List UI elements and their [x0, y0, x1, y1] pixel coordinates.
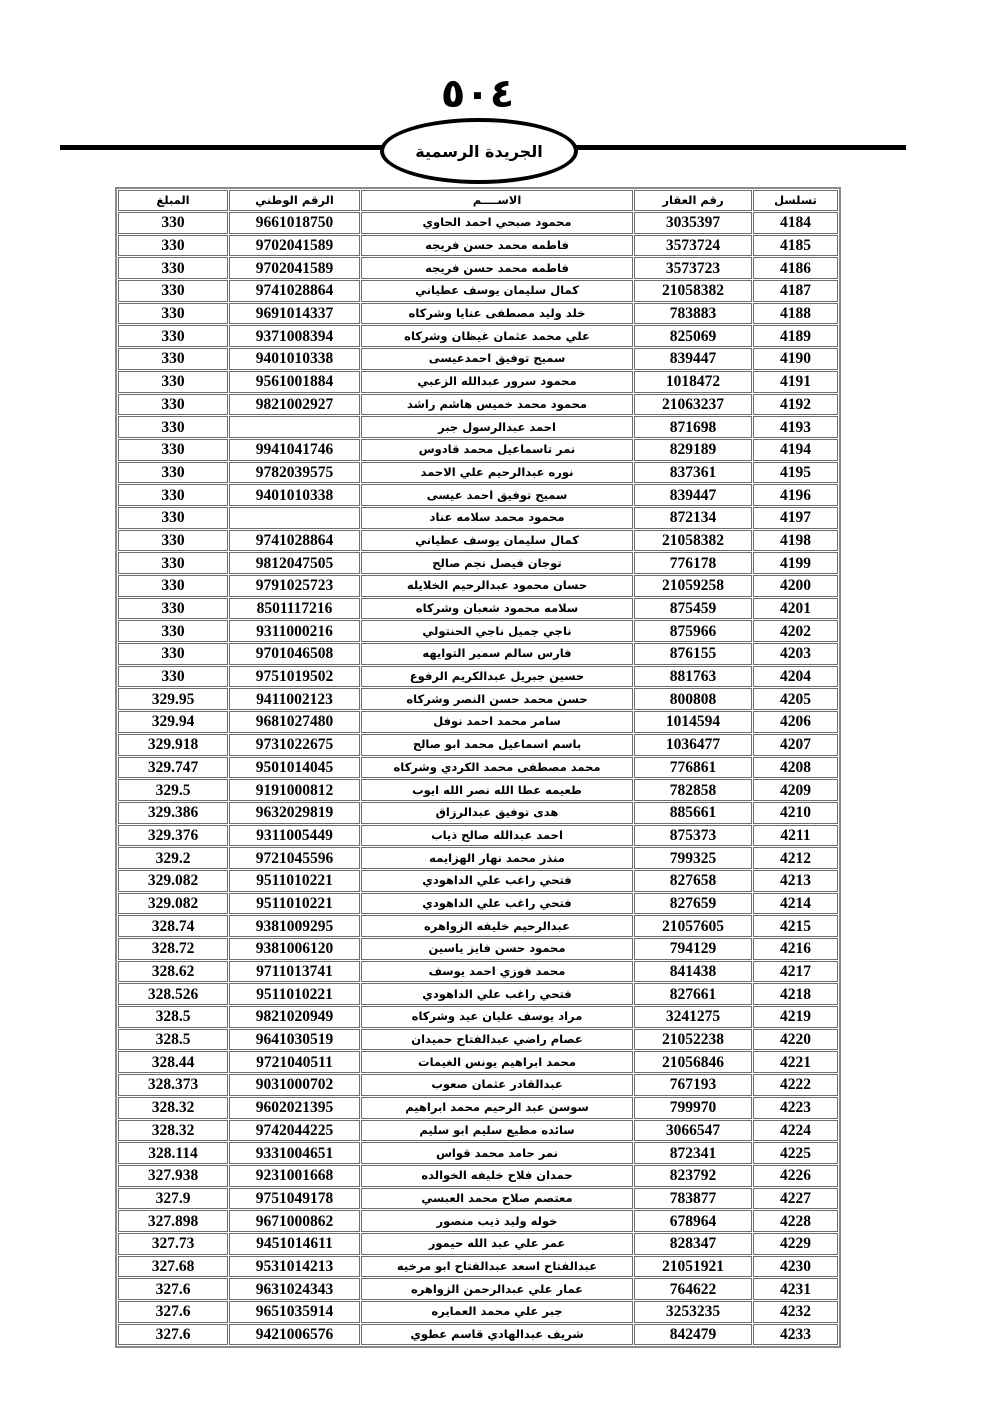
serial-cell: 4224 — [753, 1120, 838, 1142]
property-number-cell: 3241275 — [634, 1006, 752, 1028]
property-number-cell: 872134 — [634, 507, 752, 529]
amount-cell: 330 — [118, 575, 228, 597]
national-id-cell: 9661018750 — [229, 212, 360, 234]
serial-cell: 4196 — [753, 484, 838, 506]
amount-cell: 327.9 — [118, 1188, 228, 1210]
national-id-cell: 9632029819 — [229, 802, 360, 824]
amount-cell: 329.082 — [118, 893, 228, 915]
table-row: 4190839447سميح توفيق احمدعيسى94010103383… — [118, 348, 838, 370]
property-number-cell: 881763 — [634, 666, 752, 688]
serial-cell: 4188 — [753, 303, 838, 325]
table-row: 418721058382كمال سليمان يوسف عطياني97410… — [118, 280, 838, 302]
amount-cell: 330 — [118, 303, 228, 325]
property-number-cell: 839447 — [634, 348, 752, 370]
property-number-cell: 3066547 — [634, 1120, 752, 1142]
property-number-cell: 21063237 — [634, 394, 752, 416]
serial-cell: 4206 — [753, 711, 838, 733]
serial-cell: 4233 — [753, 1324, 838, 1346]
table-row: 4226823792حمدان فلاح خليفه الخوالده92310… — [118, 1165, 838, 1187]
column-header-property-number: رقم العقار — [634, 190, 752, 211]
name-cell: مراد يوسف عليان عيد وشركاه — [361, 1006, 633, 1028]
amount-cell: 330 — [118, 484, 228, 506]
national-id-cell: 9721045596 — [229, 847, 360, 869]
amount-cell: 330 — [118, 439, 228, 461]
national-id-cell: 9381006120 — [229, 938, 360, 960]
table-header-row: تسلسل رقم العقار الاســــم الرقم الوطني … — [118, 190, 838, 211]
name-cell: عبدالفتاح اسعد عبدالفتاح ابو مرخيه — [361, 1256, 633, 1278]
serial-cell: 4212 — [753, 847, 838, 869]
amount-cell: 328.373 — [118, 1074, 228, 1096]
national-id-cell: 9031000702 — [229, 1074, 360, 1096]
serial-cell: 4207 — [753, 734, 838, 756]
name-cell: حسن محمد حسن النصر وشركاه — [361, 688, 633, 710]
name-cell: محمد مصطفى محمد الكردي وشركاه — [361, 757, 633, 779]
table-row: 4210885661هدى توفيق عبدالرزاق96320298193… — [118, 802, 838, 824]
table-row: 4194829189نمر تاسماعيل محمد قادوس9941041… — [118, 439, 838, 461]
publication-title-ellipse: الجريدة الرسمية — [380, 118, 578, 184]
amount-cell: 328.114 — [118, 1142, 228, 1164]
national-id-cell: 9671000862 — [229, 1210, 360, 1232]
name-cell: خلد وليد مصطفى عنايا وشركاه — [361, 303, 633, 325]
national-id-cell: 9401010338 — [229, 484, 360, 506]
property-number-cell: 767193 — [634, 1074, 752, 1096]
table-row: 4205800808حسن محمد حسن النصر وشركاه94110… — [118, 688, 838, 710]
name-cell: حسان محمود عبدالرحيم الخلايله — [361, 575, 633, 597]
amount-cell: 328.5 — [118, 1006, 228, 1028]
property-number-cell: 21059258 — [634, 575, 752, 597]
column-header-serial: تسلسل — [753, 190, 838, 211]
name-cell: سوسن عبد الرحيم محمد ابراهيم — [361, 1097, 633, 1119]
table-row: 421521057605عبدالرحيم خليفه الزواهره9381… — [118, 915, 838, 937]
serial-cell: 4226 — [753, 1165, 838, 1187]
national-id-cell: 9421006576 — [229, 1324, 360, 1346]
amount-cell: 330 — [118, 666, 228, 688]
serial-cell: 4200 — [753, 575, 838, 597]
page-number: ٥٠٤ — [0, 72, 955, 116]
table-row: 4193871698احمد عبدالرسول جبر330 — [118, 416, 838, 438]
amount-cell: 330 — [118, 620, 228, 642]
property-number-cell: 776178 — [634, 552, 752, 574]
national-id-cell: 9751019502 — [229, 666, 360, 688]
name-cell: طعيمه عطا الله نصر الله ايوب — [361, 779, 633, 801]
property-number-cell: 794129 — [634, 938, 752, 960]
table-row: 4231764622عمار علي عبدالرحمن الزواهره963… — [118, 1278, 838, 1300]
table-row: 419221063237محمود محمد خميس هاشم راشد982… — [118, 394, 838, 416]
serial-cell: 4231 — [753, 1278, 838, 1300]
property-number-cell: 827658 — [634, 870, 752, 892]
serial-cell: 4220 — [753, 1029, 838, 1051]
amount-cell: 327.938 — [118, 1165, 228, 1187]
property-number-cell: 875459 — [634, 598, 752, 620]
table-row: 4216794129محمود حسن فايز ياسين9381006120… — [118, 938, 838, 960]
serial-cell: 4214 — [753, 893, 838, 915]
national-id-cell: 9681027480 — [229, 711, 360, 733]
name-cell: محمود محمد سلامه عناد — [361, 507, 633, 529]
records-table: تسلسل رقم العقار الاســــم الرقم الوطني … — [115, 187, 841, 1348]
table-row: 4202875966ناجي جميل ناجي الحنتولي9311000… — [118, 620, 838, 642]
national-id-cell: 9511010221 — [229, 983, 360, 1005]
serial-cell: 4205 — [753, 688, 838, 710]
national-id-cell: 9702041589 — [229, 235, 360, 257]
property-number-cell: 829189 — [634, 439, 752, 461]
table-row: 4225872341نمر حامد محمد قواس933100465132… — [118, 1142, 838, 1164]
national-id-cell: 9741028864 — [229, 280, 360, 302]
property-number-cell: 1036477 — [634, 734, 752, 756]
serial-cell: 4191 — [753, 371, 838, 393]
national-id-cell: 9941041746 — [229, 439, 360, 461]
national-id-cell: 9751049178 — [229, 1188, 360, 1210]
name-cell: سميح توفيق احمد عيسى — [361, 484, 633, 506]
amount-cell: 328.62 — [118, 961, 228, 983]
name-cell: سائده مطيع سليم ابو سليم — [361, 1120, 633, 1142]
property-number-cell: 799325 — [634, 847, 752, 869]
records-table-container: تسلسل رقم العقار الاســــم الرقم الوطني … — [115, 187, 839, 1348]
national-id-cell: 9501014045 — [229, 757, 360, 779]
amount-cell: 330 — [118, 325, 228, 347]
amount-cell: 330 — [118, 507, 228, 529]
name-cell: فاطمه محمد حسن فريجه — [361, 257, 633, 279]
name-cell: علي محمد عثمان غيظان وشركاه — [361, 325, 633, 347]
serial-cell: 4227 — [753, 1188, 838, 1210]
national-id-cell: 9311000216 — [229, 620, 360, 642]
property-number-cell: 678964 — [634, 1210, 752, 1232]
name-cell: جبر علي محمد العمايره — [361, 1301, 633, 1323]
column-header-amount: المبلغ — [118, 190, 228, 211]
property-number-cell: 783883 — [634, 303, 752, 325]
table-row: 4188783883خلد وليد مصطفى عنايا وشركاه969… — [118, 303, 838, 325]
property-number-cell: 21057605 — [634, 915, 752, 937]
name-cell: سميح توفيق احمدعيسى — [361, 348, 633, 370]
serial-cell: 4229 — [753, 1233, 838, 1255]
national-id-cell: 9711013741 — [229, 961, 360, 983]
amount-cell: 330 — [118, 348, 228, 370]
table-row: 41853573724فاطمه محمد حسن فريجه970204158… — [118, 235, 838, 257]
name-cell: معتصم صلاح محمد العبسي — [361, 1188, 633, 1210]
amount-cell: 328.72 — [118, 938, 228, 960]
table-row: 422121056846محمد ابراهيم يونس الغيمات972… — [118, 1051, 838, 1073]
amount-cell: 330 — [118, 280, 228, 302]
amount-cell: 328.74 — [118, 915, 228, 937]
name-cell: فارس سالم سمير التوايهه — [361, 643, 633, 665]
national-id-cell: 9691014337 — [229, 303, 360, 325]
national-id-cell: 9371008394 — [229, 325, 360, 347]
amount-cell: 327.6 — [118, 1301, 228, 1323]
national-id-cell: 9821020949 — [229, 1006, 360, 1028]
amount-cell: 330 — [118, 643, 228, 665]
name-cell: فاطمه محمد حسن فريجه — [361, 235, 633, 257]
national-id-cell: 9561001884 — [229, 371, 360, 393]
national-id-cell: 9451014611 — [229, 1233, 360, 1255]
table-row: 4212799325منذر محمد نهار الهزايمه9721045… — [118, 847, 838, 869]
property-number-cell: 823792 — [634, 1165, 752, 1187]
amount-cell: 327.73 — [118, 1233, 228, 1255]
table-row: 41843035397محمود صبحي احمد الحاوي9661018… — [118, 212, 838, 234]
property-number-cell: 21058382 — [634, 280, 752, 302]
amount-cell: 329.5 — [118, 779, 228, 801]
amount-cell: 329.082 — [118, 870, 228, 892]
column-header-national-id: الرقم الوطني — [229, 190, 360, 211]
name-cell: عبدالقادر عثمان صعوب — [361, 1074, 633, 1096]
property-number-cell: 842479 — [634, 1324, 752, 1346]
national-id-cell: 9401010338 — [229, 348, 360, 370]
amount-cell: 329.918 — [118, 734, 228, 756]
national-id-cell: 9531014213 — [229, 1256, 360, 1278]
national-id-cell: 9631024343 — [229, 1278, 360, 1300]
amount-cell: 328.32 — [118, 1097, 228, 1119]
national-id-cell — [229, 416, 360, 438]
name-cell: سامر محمد احمد نوفل — [361, 711, 633, 733]
table-row: 419821058382كمال سليمان يوسف عطياني97410… — [118, 530, 838, 552]
name-cell: نمر حامد محمد قواس — [361, 1142, 633, 1164]
serial-cell: 4223 — [753, 1097, 838, 1119]
name-cell: عصام راضي عبدالفتاح حميدان — [361, 1029, 633, 1051]
name-cell: عبدالرحيم خليفه الزواهره — [361, 915, 633, 937]
amount-cell: 328.526 — [118, 983, 228, 1005]
property-number-cell: 875966 — [634, 620, 752, 642]
amount-cell: 327.6 — [118, 1324, 228, 1346]
serial-cell: 4194 — [753, 439, 838, 461]
name-cell: محمود حسن فايز ياسين — [361, 938, 633, 960]
national-id-cell: 9651035914 — [229, 1301, 360, 1323]
name-cell: كمال سليمان يوسف عطياني — [361, 280, 633, 302]
serial-cell: 4197 — [753, 507, 838, 529]
national-id-cell — [229, 507, 360, 529]
amount-cell: 329.376 — [118, 825, 228, 847]
serial-cell: 4210 — [753, 802, 838, 824]
amount-cell: 330 — [118, 598, 228, 620]
table-row: 4218827661فتحي راغب علي الداهودي95110102… — [118, 983, 838, 1005]
amount-cell: 330 — [118, 530, 228, 552]
serial-cell: 4190 — [753, 348, 838, 370]
table-row: 42243066547سائده مطيع سليم ابو سليم97420… — [118, 1120, 838, 1142]
name-cell: فتحي راغب علي الداهودي — [361, 893, 633, 915]
property-number-cell: 776861 — [634, 757, 752, 779]
serial-cell: 4186 — [753, 257, 838, 279]
serial-cell: 4221 — [753, 1051, 838, 1073]
serial-cell: 4218 — [753, 983, 838, 1005]
national-id-cell: 9411002123 — [229, 688, 360, 710]
property-number-cell: 876155 — [634, 643, 752, 665]
serial-cell: 4215 — [753, 915, 838, 937]
table-row: 423021051921عبدالفتاح اسعد عبدالفتاح ابو… — [118, 1256, 838, 1278]
serial-cell: 4208 — [753, 757, 838, 779]
name-cell: منذر محمد نهار الهزايمه — [361, 847, 633, 869]
table-row: 42071036477باسم اسماعيل محمد ابو صالح973… — [118, 734, 838, 756]
national-id-cell: 9331004651 — [229, 1142, 360, 1164]
national-id-cell: 9701046508 — [229, 643, 360, 665]
table-row: 4209782858طعيمه عطا الله نصر الله ايوب91… — [118, 779, 838, 801]
property-number-cell: 800808 — [634, 688, 752, 710]
national-id-cell: 9702041589 — [229, 257, 360, 279]
table-row: 42193241275مراد يوسف عليان عيد وشركاه982… — [118, 1006, 838, 1028]
table-row: 4203876155فارس سالم سمير التوايهه9701046… — [118, 643, 838, 665]
serial-cell: 4228 — [753, 1210, 838, 1232]
property-number-cell: 21056846 — [634, 1051, 752, 1073]
amount-cell: 327.898 — [118, 1210, 228, 1232]
name-cell: فتحي راغب علي الداهودي — [361, 870, 633, 892]
amount-cell: 329.386 — [118, 802, 228, 824]
property-number-cell: 839447 — [634, 484, 752, 506]
property-number-cell: 783877 — [634, 1188, 752, 1210]
table-row: 422021052238عصام راضي عبدالفتاح حميدان96… — [118, 1029, 838, 1051]
name-cell: سلامه محمود شعبان وشركاه — [361, 598, 633, 620]
table-row: 4197872134محمود محمد سلامه عناد330 — [118, 507, 838, 529]
national-id-cell: 9511010221 — [229, 870, 360, 892]
table-row: 41863573723فاطمه محمد حسن فريجه970204158… — [118, 257, 838, 279]
property-number-cell: 885661 — [634, 802, 752, 824]
table-row: 4227783877معتصم صلاح محمد العبسي97510491… — [118, 1188, 838, 1210]
name-cell: محمود سرور عبدالله الزعبي — [361, 371, 633, 393]
name-cell: ناجي جميل ناجي الحنتولي — [361, 620, 633, 642]
serial-cell: 4230 — [753, 1256, 838, 1278]
property-number-cell: 799970 — [634, 1097, 752, 1119]
name-cell: كمال سليمان يوسف عطياني — [361, 530, 633, 552]
name-cell: حمدان فلاح خليفه الخوالده — [361, 1165, 633, 1187]
serial-cell: 4189 — [753, 325, 838, 347]
property-number-cell: 825069 — [634, 325, 752, 347]
property-number-cell: 3573723 — [634, 257, 752, 279]
amount-cell: 328.5 — [118, 1029, 228, 1051]
table-row: 4196839447سميح توفيق احمد عيسى9401010338… — [118, 484, 838, 506]
national-id-cell: 9741028864 — [229, 530, 360, 552]
serial-cell: 4225 — [753, 1142, 838, 1164]
table-row: 4223799970سوسن عبد الرحيم محمد ابراهيم96… — [118, 1097, 838, 1119]
property-number-cell: 837361 — [634, 462, 752, 484]
property-number-cell: 871698 — [634, 416, 752, 438]
table-row: 4199776178توجان فيصل نجم صالح98120475053… — [118, 552, 838, 574]
property-number-cell: 21058382 — [634, 530, 752, 552]
serial-cell: 4232 — [753, 1301, 838, 1323]
table-row: 4217841438محمد فوزي احمد يوسف97110137413… — [118, 961, 838, 983]
table-row: 42323253235جبر علي محمد العمايره96510359… — [118, 1301, 838, 1323]
name-cell: فتحي راغب علي الداهودي — [361, 983, 633, 1005]
property-number-cell: 828347 — [634, 1233, 752, 1255]
national-id-cell: 9641030519 — [229, 1029, 360, 1051]
serial-cell: 4216 — [753, 938, 838, 960]
serial-cell: 4185 — [753, 235, 838, 257]
national-id-cell: 9791025723 — [229, 575, 360, 597]
table-row: 4228678964خوله وليد ذيب منصور96710008623… — [118, 1210, 838, 1232]
serial-cell: 4187 — [753, 280, 838, 302]
serial-cell: 4211 — [753, 825, 838, 847]
name-cell: احمد عبدالرسول جبر — [361, 416, 633, 438]
national-id-cell: 9812047505 — [229, 552, 360, 574]
serial-cell: 4195 — [753, 462, 838, 484]
national-id-cell: 9821002927 — [229, 394, 360, 416]
name-cell: نمر تاسماعيل محمد قادوس — [361, 439, 633, 461]
amount-cell: 330 — [118, 235, 228, 257]
name-cell: حسين جبريل عبدالكريم الرفوع — [361, 666, 633, 688]
table-row: 420021059258حسان محمود عبدالرحيم الخلايل… — [118, 575, 838, 597]
national-id-cell: 9311005449 — [229, 825, 360, 847]
serial-cell: 4193 — [753, 416, 838, 438]
national-id-cell: 9381009295 — [229, 915, 360, 937]
national-id-cell: 8501117216 — [229, 598, 360, 620]
amount-cell: 328.32 — [118, 1120, 228, 1142]
property-number-cell: 21052238 — [634, 1029, 752, 1051]
publication-title: الجريدة الرسمية — [415, 142, 542, 161]
property-number-cell: 827659 — [634, 893, 752, 915]
national-id-cell: 9731022675 — [229, 734, 360, 756]
national-id-cell: 9602021395 — [229, 1097, 360, 1119]
serial-cell: 4219 — [753, 1006, 838, 1028]
serial-cell: 4202 — [753, 620, 838, 642]
name-cell: باسم اسماعيل محمد ابو صالح — [361, 734, 633, 756]
table-row: 4195837361نوره عبدالرحيم علي الاحمد97820… — [118, 462, 838, 484]
national-id-cell: 9231001668 — [229, 1165, 360, 1187]
table-row: 4189825069علي محمد عثمان غيظان وشركاه937… — [118, 325, 838, 347]
name-cell: محمود محمد خميس هاشم راشد — [361, 394, 633, 416]
property-number-cell: 21051921 — [634, 1256, 752, 1278]
serial-cell: 4192 — [753, 394, 838, 416]
amount-cell: 330 — [118, 416, 228, 438]
name-cell: محمود صبحي احمد الحاوي — [361, 212, 633, 234]
table-row: 4229828347عمر علي عبد الله حيمور94510146… — [118, 1233, 838, 1255]
name-cell: عمار علي عبدالرحمن الزواهره — [361, 1278, 633, 1300]
table-row: 4214827659فتحي راغب علي الداهودي95110102… — [118, 893, 838, 915]
national-id-cell: 9511010221 — [229, 893, 360, 915]
name-cell: شريف عبدالهادي قاسم عطوي — [361, 1324, 633, 1346]
name-cell: عمر علي عبد الله حيمور — [361, 1233, 633, 1255]
amount-cell: 330 — [118, 257, 228, 279]
table-row: 4211875373احمد عبدالله صالح ذياب93110054… — [118, 825, 838, 847]
name-cell: توجان فيصل نجم صالح — [361, 552, 633, 574]
table-body: 41843035397محمود صبحي احمد الحاوي9661018… — [118, 212, 838, 1345]
name-cell: هدى توفيق عبدالرزاق — [361, 802, 633, 824]
amount-cell: 327.68 — [118, 1256, 228, 1278]
property-number-cell: 875373 — [634, 825, 752, 847]
serial-cell: 4209 — [753, 779, 838, 801]
table-row: 4233842479شريف عبدالهادي قاسم عطوي942100… — [118, 1324, 838, 1346]
serial-cell: 4203 — [753, 643, 838, 665]
table-row: 41911018472محمود سرور عبدالله الزعبي9561… — [118, 371, 838, 393]
property-number-cell: 3573724 — [634, 235, 752, 257]
name-cell: خوله وليد ذيب منصور — [361, 1210, 633, 1232]
property-number-cell: 3035397 — [634, 212, 752, 234]
property-number-cell: 827661 — [634, 983, 752, 1005]
table-row: 4208776861محمد مصطفى محمد الكردي وشركاه9… — [118, 757, 838, 779]
serial-cell: 4198 — [753, 530, 838, 552]
table-row: 4204881763حسين جبريل عبدالكريم الرفوع975… — [118, 666, 838, 688]
serial-cell: 4201 — [753, 598, 838, 620]
property-number-cell: 764622 — [634, 1278, 752, 1300]
amount-cell: 330 — [118, 394, 228, 416]
amount-cell: 330 — [118, 552, 228, 574]
amount-cell: 330 — [118, 462, 228, 484]
property-number-cell: 872341 — [634, 1142, 752, 1164]
table-row: 4222767193عبدالقادر عثمان صعوب9031000702… — [118, 1074, 838, 1096]
amount-cell: 330 — [118, 371, 228, 393]
serial-cell: 4184 — [753, 212, 838, 234]
column-header-name: الاســــم — [361, 190, 633, 211]
national-id-cell: 9191000812 — [229, 779, 360, 801]
serial-cell: 4213 — [753, 870, 838, 892]
name-cell: محمد فوزي احمد يوسف — [361, 961, 633, 983]
amount-cell: 327.6 — [118, 1278, 228, 1300]
property-number-cell: 3253235 — [634, 1301, 752, 1323]
national-id-cell: 9782039575 — [229, 462, 360, 484]
serial-cell: 4199 — [753, 552, 838, 574]
table-row: 42061014594سامر محمد احمد نوفل9681027480… — [118, 711, 838, 733]
serial-cell: 4222 — [753, 1074, 838, 1096]
property-number-cell: 841438 — [634, 961, 752, 983]
property-number-cell: 782858 — [634, 779, 752, 801]
amount-cell: 329.95 — [118, 688, 228, 710]
amount-cell: 329.94 — [118, 711, 228, 733]
table-row: 4213827658فتحي راغب علي الداهودي95110102… — [118, 870, 838, 892]
property-number-cell: 1018472 — [634, 371, 752, 393]
national-id-cell: 9742044225 — [229, 1120, 360, 1142]
